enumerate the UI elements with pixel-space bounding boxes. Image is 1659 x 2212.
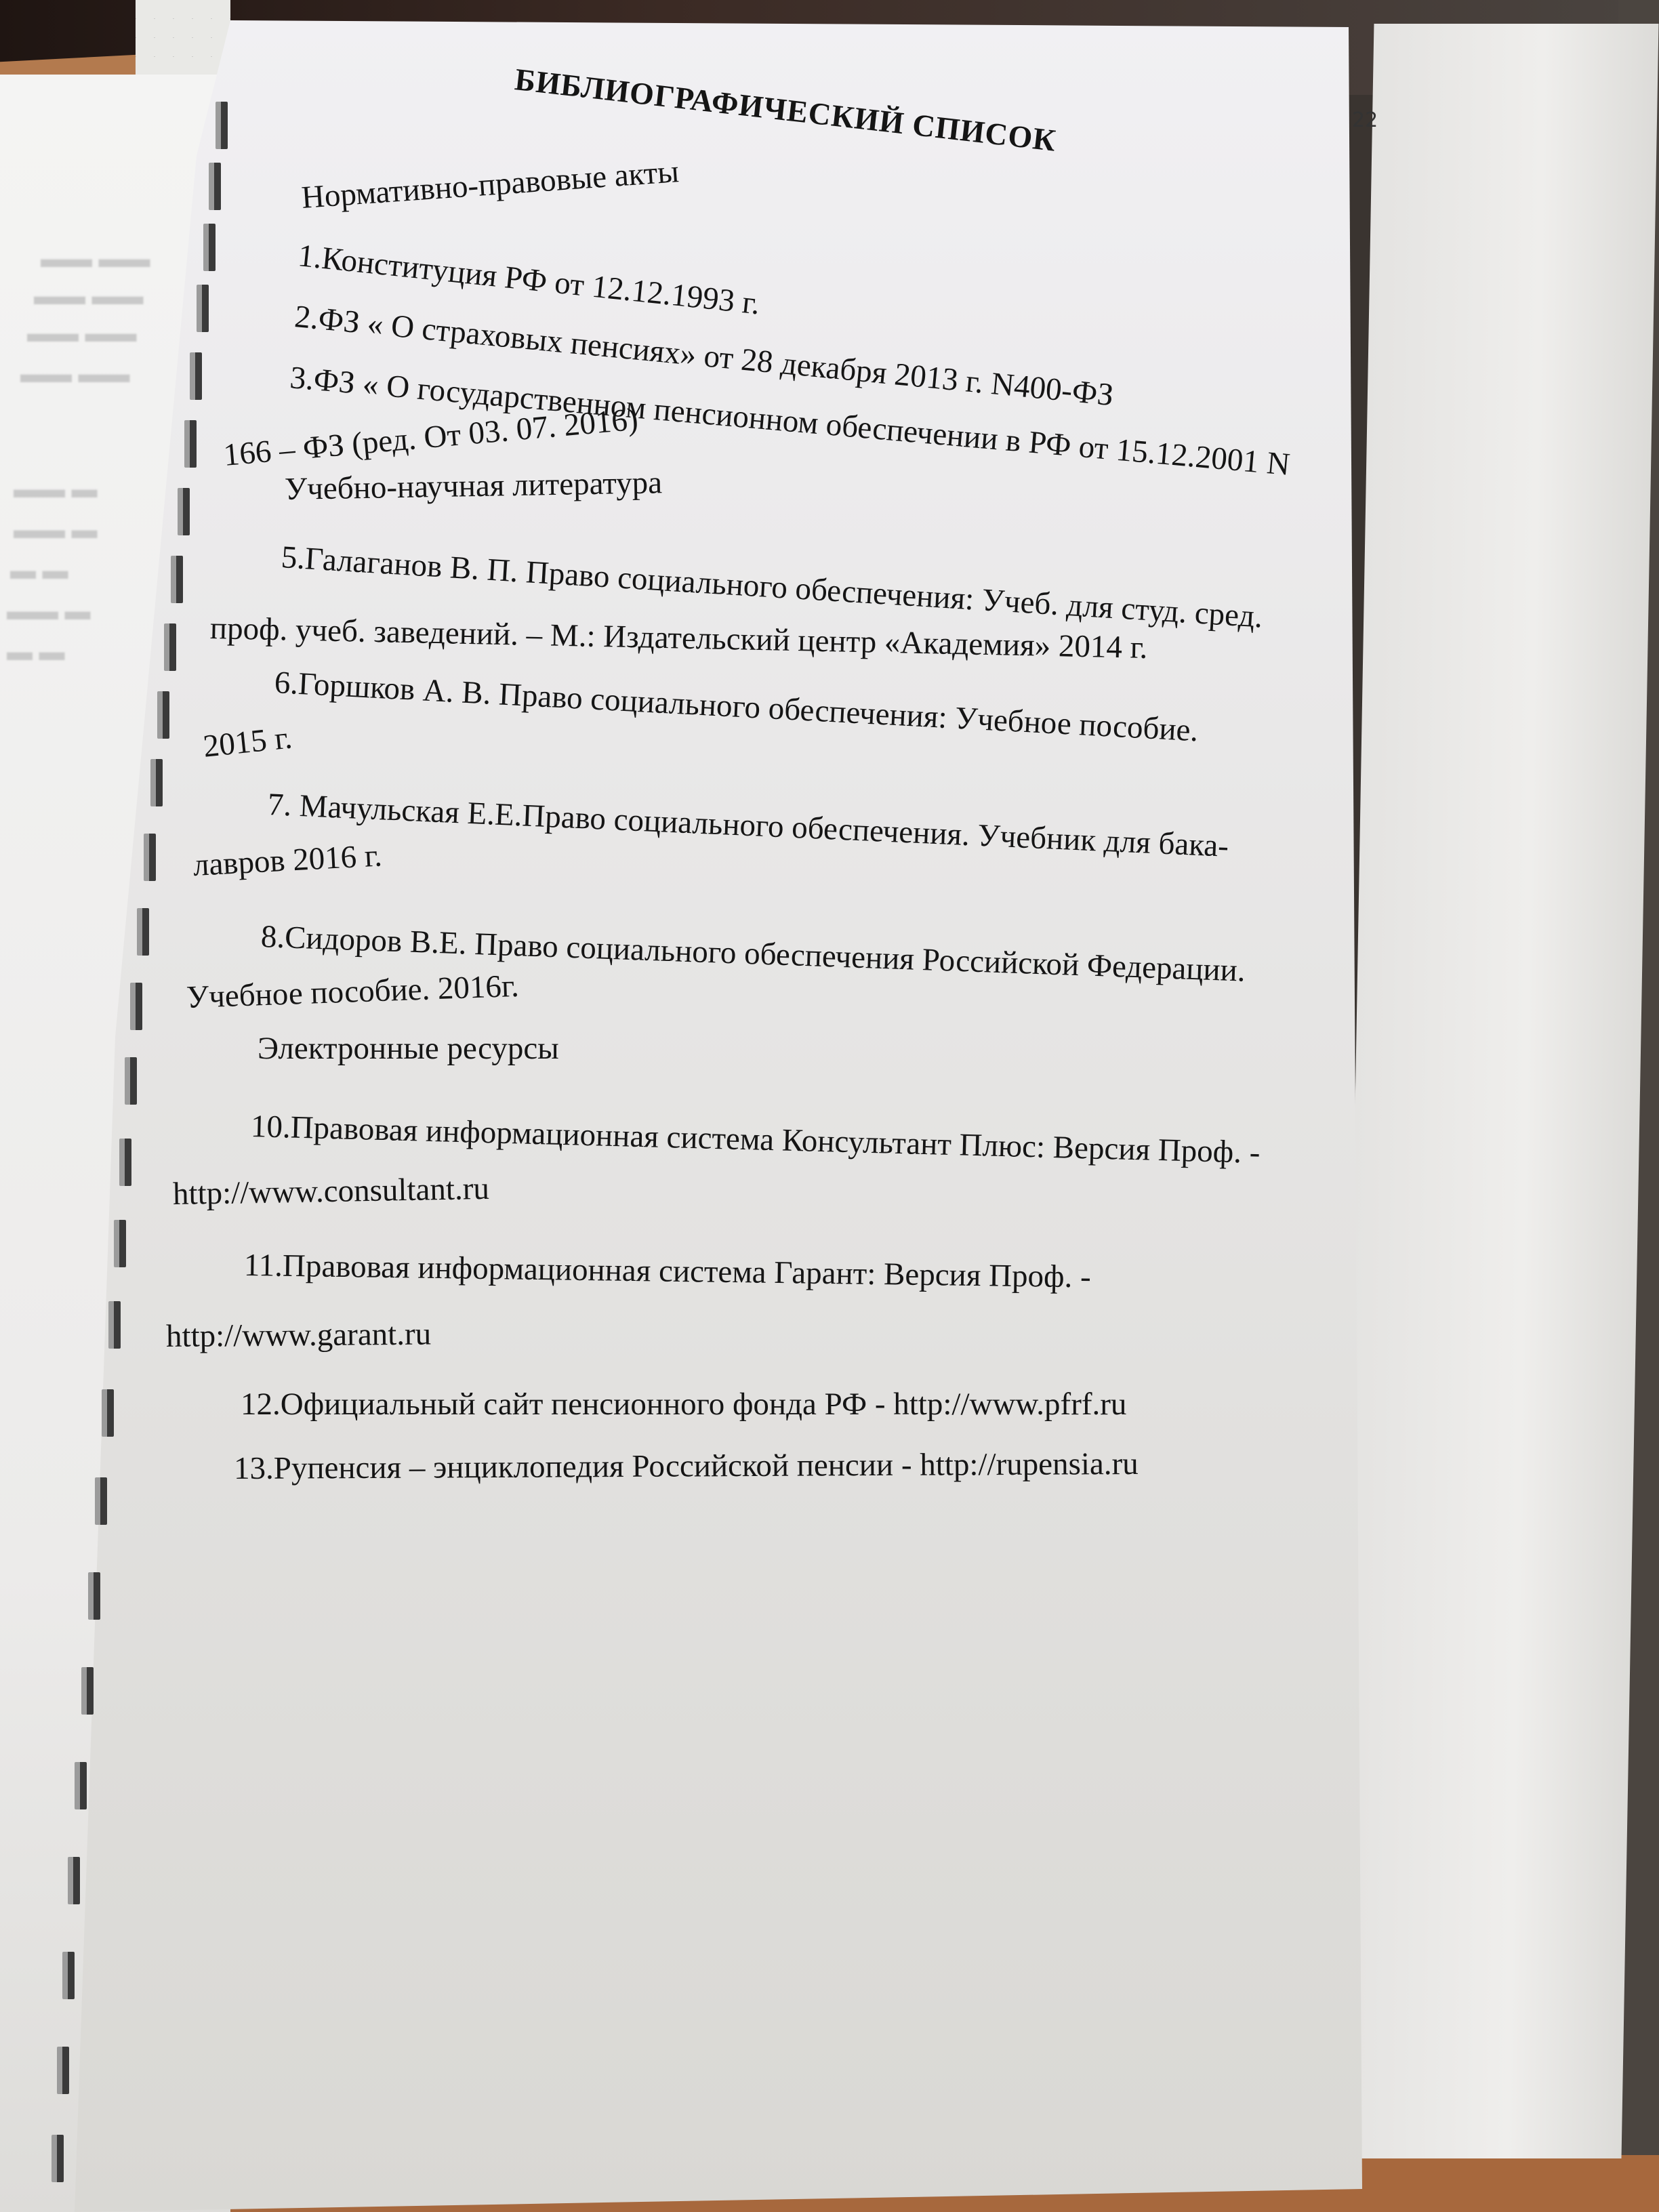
ghost-text: ▬▬ ▬ xyxy=(7,596,91,626)
binding-hole xyxy=(171,556,183,603)
ghost-text: ▬▬ ▬▬ xyxy=(34,281,144,311)
binding-hole xyxy=(197,285,209,332)
binding-hole xyxy=(52,2135,64,2182)
ghost-text: ▬▬ ▬ xyxy=(14,515,98,545)
binding-hole xyxy=(119,1139,131,1186)
binding-hole xyxy=(137,908,149,956)
binding-hole xyxy=(68,1857,80,1904)
bib-entry-link: http://www.consultant.ru xyxy=(173,1170,490,1212)
binding-hole xyxy=(157,691,169,739)
ghost-text: ▬ ▬ xyxy=(10,556,68,586)
binding-hole xyxy=(75,1762,87,1809)
binding-hole xyxy=(57,2047,69,2094)
binding-hole xyxy=(88,1572,100,1620)
binding-hole xyxy=(62,1952,75,1999)
ghost-text: ▬ ▬ xyxy=(7,637,65,667)
binding-hole xyxy=(209,163,221,210)
ghost-text: ▬▬ ▬▬ xyxy=(41,244,150,274)
bib-entry: 13.Рупенсия – энциклопедия Российской пе… xyxy=(234,1446,1139,1487)
ghost-text: ▬▬ ▬▬ xyxy=(27,319,137,348)
section-heading: Учебно-научная литература xyxy=(285,464,663,508)
binding-hole xyxy=(114,1220,126,1267)
binding-hole xyxy=(190,352,202,400)
binding-hole xyxy=(150,759,163,806)
binding-hole xyxy=(125,1057,137,1105)
underlying-pages xyxy=(1337,24,1659,2158)
binding-hole xyxy=(164,623,176,671)
binding-hole xyxy=(178,488,190,535)
binding-hole xyxy=(108,1301,121,1349)
page-number: 22 xyxy=(1352,108,1378,132)
binding-hole xyxy=(144,834,156,881)
binding-hole xyxy=(95,1477,107,1525)
bib-entry: 12.Официальный сайт пенсионного фонда РФ… xyxy=(241,1386,1126,1422)
binding-hole xyxy=(203,224,216,271)
binding-hole xyxy=(216,102,228,149)
bib-entry-link: http://www.garant.ru xyxy=(166,1316,432,1355)
ghost-text: ▬▬ ▬ xyxy=(14,474,98,504)
binding-hole xyxy=(130,983,142,1030)
ghost-text: ▬▬ ▬▬ xyxy=(20,359,130,389)
section-heading: Электронные ресурсы xyxy=(258,1030,559,1067)
binding-hole xyxy=(81,1667,94,1715)
background-grid-paper xyxy=(136,0,230,75)
binding-hole xyxy=(102,1389,114,1437)
binding-hole xyxy=(184,420,197,468)
